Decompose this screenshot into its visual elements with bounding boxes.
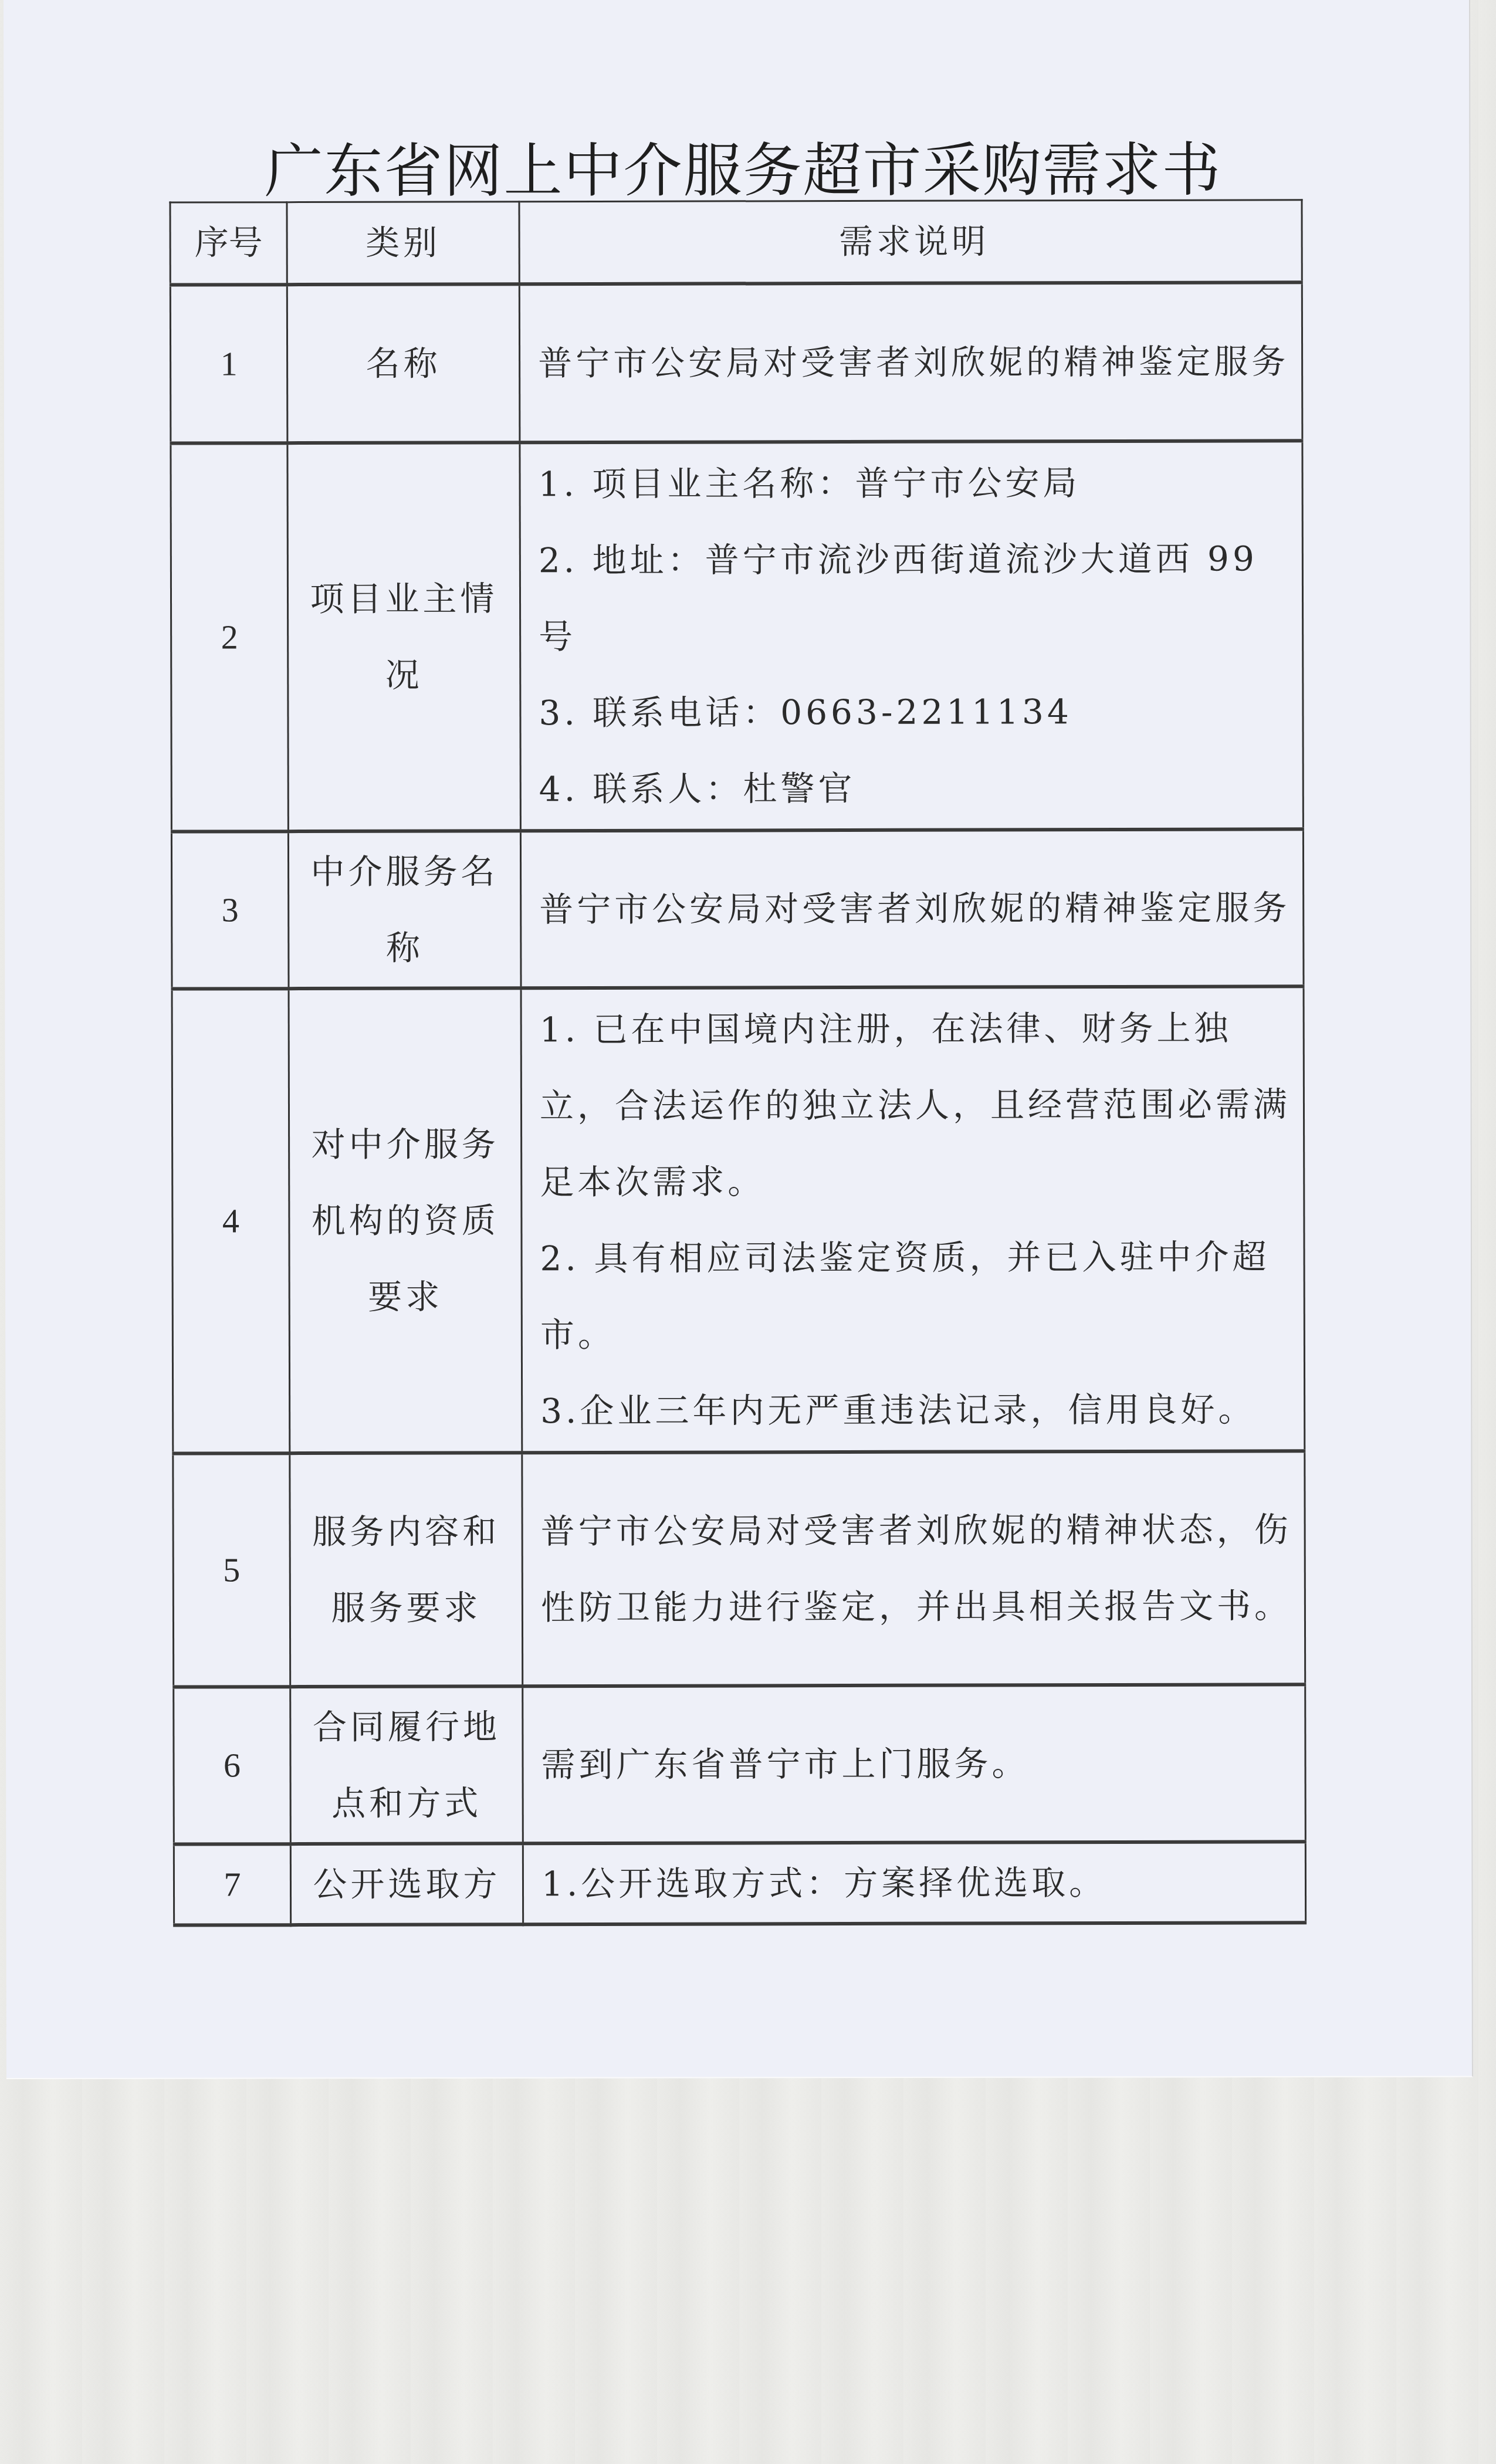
row-no: 2	[171, 443, 289, 831]
row-description: 1.公开选取方式：方案择优选取。	[523, 1842, 1305, 1924]
row-category: 项目业主情况	[287, 442, 521, 831]
description-line: 3.企业三年内无严重违法记录，信用良好。	[540, 1371, 1293, 1449]
table-row: 7 公开选取方 1.公开选取方式：方案择优选取。	[174, 1842, 1305, 1925]
row-description: 普宁市公安局对受害者刘欣妮的精神鉴定服务	[519, 282, 1302, 442]
row-category: 服务内容和服务要求	[290, 1453, 523, 1687]
row-no: 1	[170, 285, 287, 443]
header-no: 序号	[170, 202, 287, 285]
table-row: 5 服务内容和服务要求 普宁市公安局对受害者刘欣妮的精神状态，伤性防卫能力进行鉴…	[173, 1451, 1305, 1687]
description-line: 3. 联系电话：0663-2211134	[539, 673, 1291, 751]
row-category: 公开选取方	[290, 1843, 523, 1925]
row-no: 5	[173, 1453, 290, 1687]
table-row: 3 中介服务名称 普宁市公安局对受害者刘欣妮的精神鉴定服务	[171, 829, 1304, 989]
row-category: 对中介服务机构的资质要求	[289, 988, 522, 1453]
row-no: 4	[172, 989, 290, 1453]
row-description: 1. 已在中国境内注册，在法律、财务上独立，合法运作的独立法人，且经营范围必需满…	[521, 986, 1305, 1453]
row-description: 普宁市公安局对受害者刘欣妮的精神状态，伤性防卫能力进行鉴定，并出具相关报告文书。	[522, 1451, 1305, 1686]
table-row: 4 对中介服务机构的资质要求 1. 已在中国境内注册，在法律、财务上独立，合法运…	[172, 986, 1305, 1453]
row-category: 名称	[287, 284, 520, 443]
row-no: 3	[171, 831, 289, 989]
table-header-row: 序号 类别 需求说明	[170, 200, 1302, 285]
header-category: 类别	[287, 202, 519, 285]
description-line: 2. 具有相应司法鉴定资质，并已入驻中介超市。	[540, 1219, 1293, 1373]
requirements-table: 序号 类别 需求说明 1 名称 普宁市公安局对受害者刘欣妮的精神鉴定服务 2 项…	[169, 199, 1307, 1927]
table-row: 6 合同履行地点和方式 需到广东省普宁市上门服务。	[174, 1684, 1306, 1844]
table-row: 1 名称 普宁市公安局对受害者刘欣妮的精神鉴定服务	[170, 282, 1302, 443]
header-description: 需求说明	[519, 200, 1302, 285]
description-line: 1.公开选取方式：方案择优选取。	[541, 1844, 1294, 1922]
description-line: 4. 联系人：杜警官	[539, 749, 1292, 827]
description-line: 普宁市公安局对受害者刘欣妮的精神鉴定服务	[538, 323, 1291, 401]
description-line: 1. 已在中国境内注册，在法律、财务上独立，合法运作的独立法人，且经营范围必需满…	[540, 990, 1293, 1220]
description-line: 普宁市公安局对受害者刘欣妮的精神状态，伤性防卫能力进行鉴定，并出具相关报告文书。	[540, 1491, 1294, 1646]
table-row: 2 项目业主情况 1. 项目业主名称：普宁市公安局 2. 地址：普宁市流沙西街道…	[171, 441, 1303, 831]
row-category: 中介服务名称	[288, 831, 521, 989]
row-description: 需到广东省普宁市上门服务。	[523, 1684, 1306, 1843]
description-line: 普宁市公安局对受害者刘欣妮的精神鉴定服务	[539, 869, 1292, 947]
row-no: 6	[174, 1687, 291, 1844]
row-category: 合同履行地点和方式	[290, 1686, 523, 1844]
row-description: 普宁市公安局对受害者刘欣妮的精神鉴定服务	[520, 829, 1304, 988]
description-line: 2. 地址：普宁市流沙西街道流沙大道西 99号	[539, 520, 1292, 675]
document-page: 广东省网上中介服务超市采购需求书 序号 类别 需求说明 1 名称 普宁市公安局对…	[4, 0, 1473, 2079]
description-line: 需到广东省普宁市上门服务。	[541, 1725, 1294, 1803]
row-description: 1. 项目业主名称：普宁市公安局 2. 地址：普宁市流沙西街道流沙大道西 99号…	[520, 441, 1303, 831]
description-line: 1. 项目业主名称：普宁市公安局	[538, 444, 1291, 522]
document-title: 广东省网上中介服务超市采购需求书	[4, 123, 1470, 209]
row-no: 7	[174, 1844, 290, 1925]
